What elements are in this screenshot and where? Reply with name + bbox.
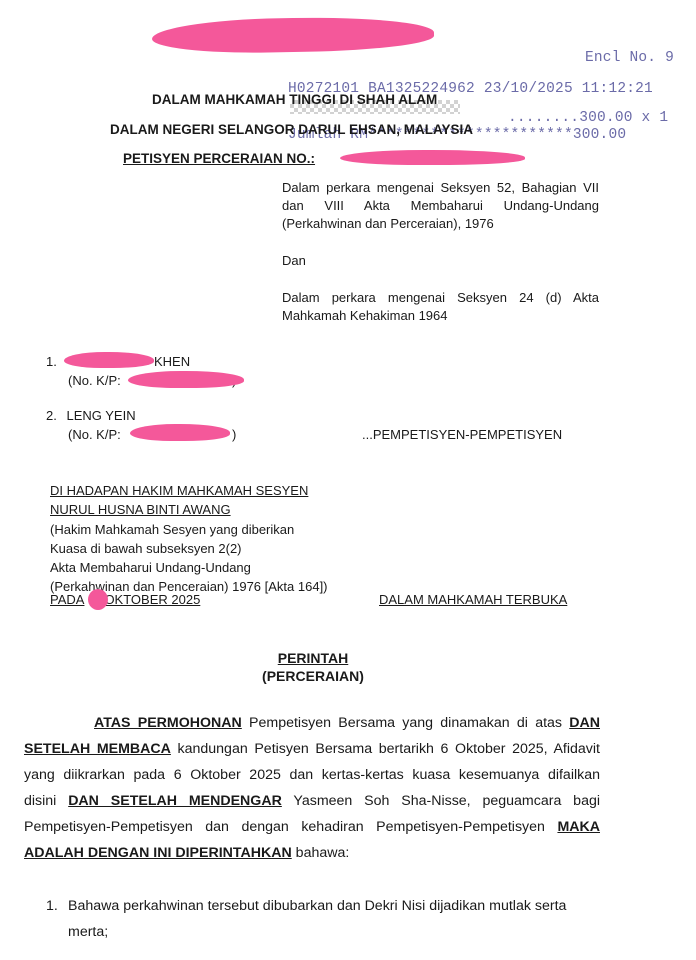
matter2-line1: Dalam perkara mengenai Seksyen 24 (d) Ak… (282, 289, 599, 307)
judge-line5: Akta Membaharui Undang-Undang (50, 558, 328, 577)
petitioner-2-number: 2. (46, 408, 57, 423)
court-status: DALAM MAHKAMAH TERBUKA (379, 591, 567, 609)
judge-line1: DI HADAPAN HAKIM MAHKAMAH SESYEN (50, 481, 328, 500)
court-name-line1: DALAM MAHKAMAH TINGGI DI SHAH ALAM (152, 92, 437, 107)
stamp-amount-line: ........300.00 x 1 (508, 110, 668, 126)
order-title: PERINTAH (0, 650, 626, 666)
redaction-petitioner-2-ic (130, 424, 230, 441)
petitioner-2: 2. LENG YEIN (46, 407, 136, 425)
order-para-line5: Pempetisyen-Pempetisyen dan dengan kehad… (24, 814, 600, 840)
order-item-1-line2: merta; (68, 919, 600, 945)
atas-permohonan: ATAS PERMOHONAN (94, 715, 242, 731)
order-item-1-line1: Bahawa perkahwinan tersebut dibubarkan d… (68, 893, 600, 919)
petitioner-2-ic-label: (No. K/P: (68, 426, 121, 444)
petitioner-1-ic-label: (No. K/P: (68, 372, 121, 390)
petitioners-role: ...PEMPETISYEN-PEMPETISYEN (362, 426, 562, 444)
matter1-line1: Dalam perkara mengenai Seksyen 52, Bahag… (282, 179, 599, 197)
order-body: ATAS PERMOHONAN Pempetisyen Bersama yang… (24, 710, 600, 866)
petition-number-label: PETISYEN PERCERAIAN NO.: (123, 151, 315, 166)
matter-block-2: Dalam perkara mengenai Seksyen 24 (d) Ak… (282, 289, 599, 325)
petitioner-1-name: KHEN (154, 353, 190, 371)
hearing-date-suffix: OKTOBER 2025 (104, 592, 200, 607)
petitioner-2-ic-end: ) (232, 426, 236, 444)
hearing-date-prefix: PADA (50, 592, 84, 607)
judge-name: NURUL HUSNA BINTI AWANG (50, 500, 328, 519)
order-subtitle: (PERCERAIAN) (0, 668, 626, 684)
matter2-line2: Mahkamah Kehakiman 1964 (282, 307, 599, 325)
court-name-line2: DALAM NEGERI SELANGOR DARUL EHSAN, MALAY… (110, 122, 473, 137)
petitioner-2-name: LENG YEIN (66, 408, 135, 423)
matter1-line2: dan VIII Akta Membaharui Undang-Undang (282, 197, 599, 215)
petitioner-1-number: 1. (46, 354, 57, 369)
redaction-petitioner-1-name (64, 352, 154, 368)
matter-block-1: Dalam perkara mengenai Seksyen 52, Bahag… (282, 179, 599, 233)
judge-line4: Kuasa di bawah subseksyen 2(2) (50, 539, 328, 558)
judge-block: DI HADAPAN HAKIM MAHKAMAH SESYEN NURUL H… (50, 481, 328, 597)
judge-line3: (Hakim Mahkamah Sesyen yang diberikan (50, 520, 328, 539)
petitioner-1: 1. KHEN (46, 353, 57, 371)
matter-conjunction: Dan (282, 252, 306, 270)
matter1-line3: (Perkahwinan dan Perceraian), 1976 (282, 215, 599, 233)
stamp-encl: Encl No. 9 (585, 50, 674, 66)
order-para-line3: yang diikrarkan pada 6 Oktober 2025 dan … (24, 762, 600, 788)
order-para-line4: disini DAN SETELAH MENDENGAR Yasmeen Soh… (24, 788, 600, 814)
dan-setelah-mendengar: DAN SETELAH MENDENGAR (68, 793, 282, 809)
diperintahkan: ADALAH DENGAN INI DIPERINTAHKAN (24, 845, 292, 861)
order-para-line1: ATAS PERMOHONAN Pempetisyen Bersama yang… (24, 710, 600, 736)
redaction-hearing-day (88, 589, 108, 610)
order-item-1-number: 1. (46, 893, 58, 919)
redaction-petitioner-1-ic (128, 371, 244, 388)
hearing-date: PADAOKTOBER 2025 (50, 591, 200, 609)
order-para-line6: ADALAH DENGAN INI DIPERINTAHKAN bahawa: (24, 840, 600, 866)
redaction-top (152, 16, 435, 55)
setelah-membaca: SETELAH MEMBACA (24, 741, 171, 757)
order-item-1: 1. Bahawa perkahwinan tersebut dibubarka… (46, 893, 600, 945)
redaction-petition-no (340, 150, 525, 165)
order-para-line2: SETELAH MEMBACA kandungan Petisyen Bersa… (24, 736, 600, 762)
